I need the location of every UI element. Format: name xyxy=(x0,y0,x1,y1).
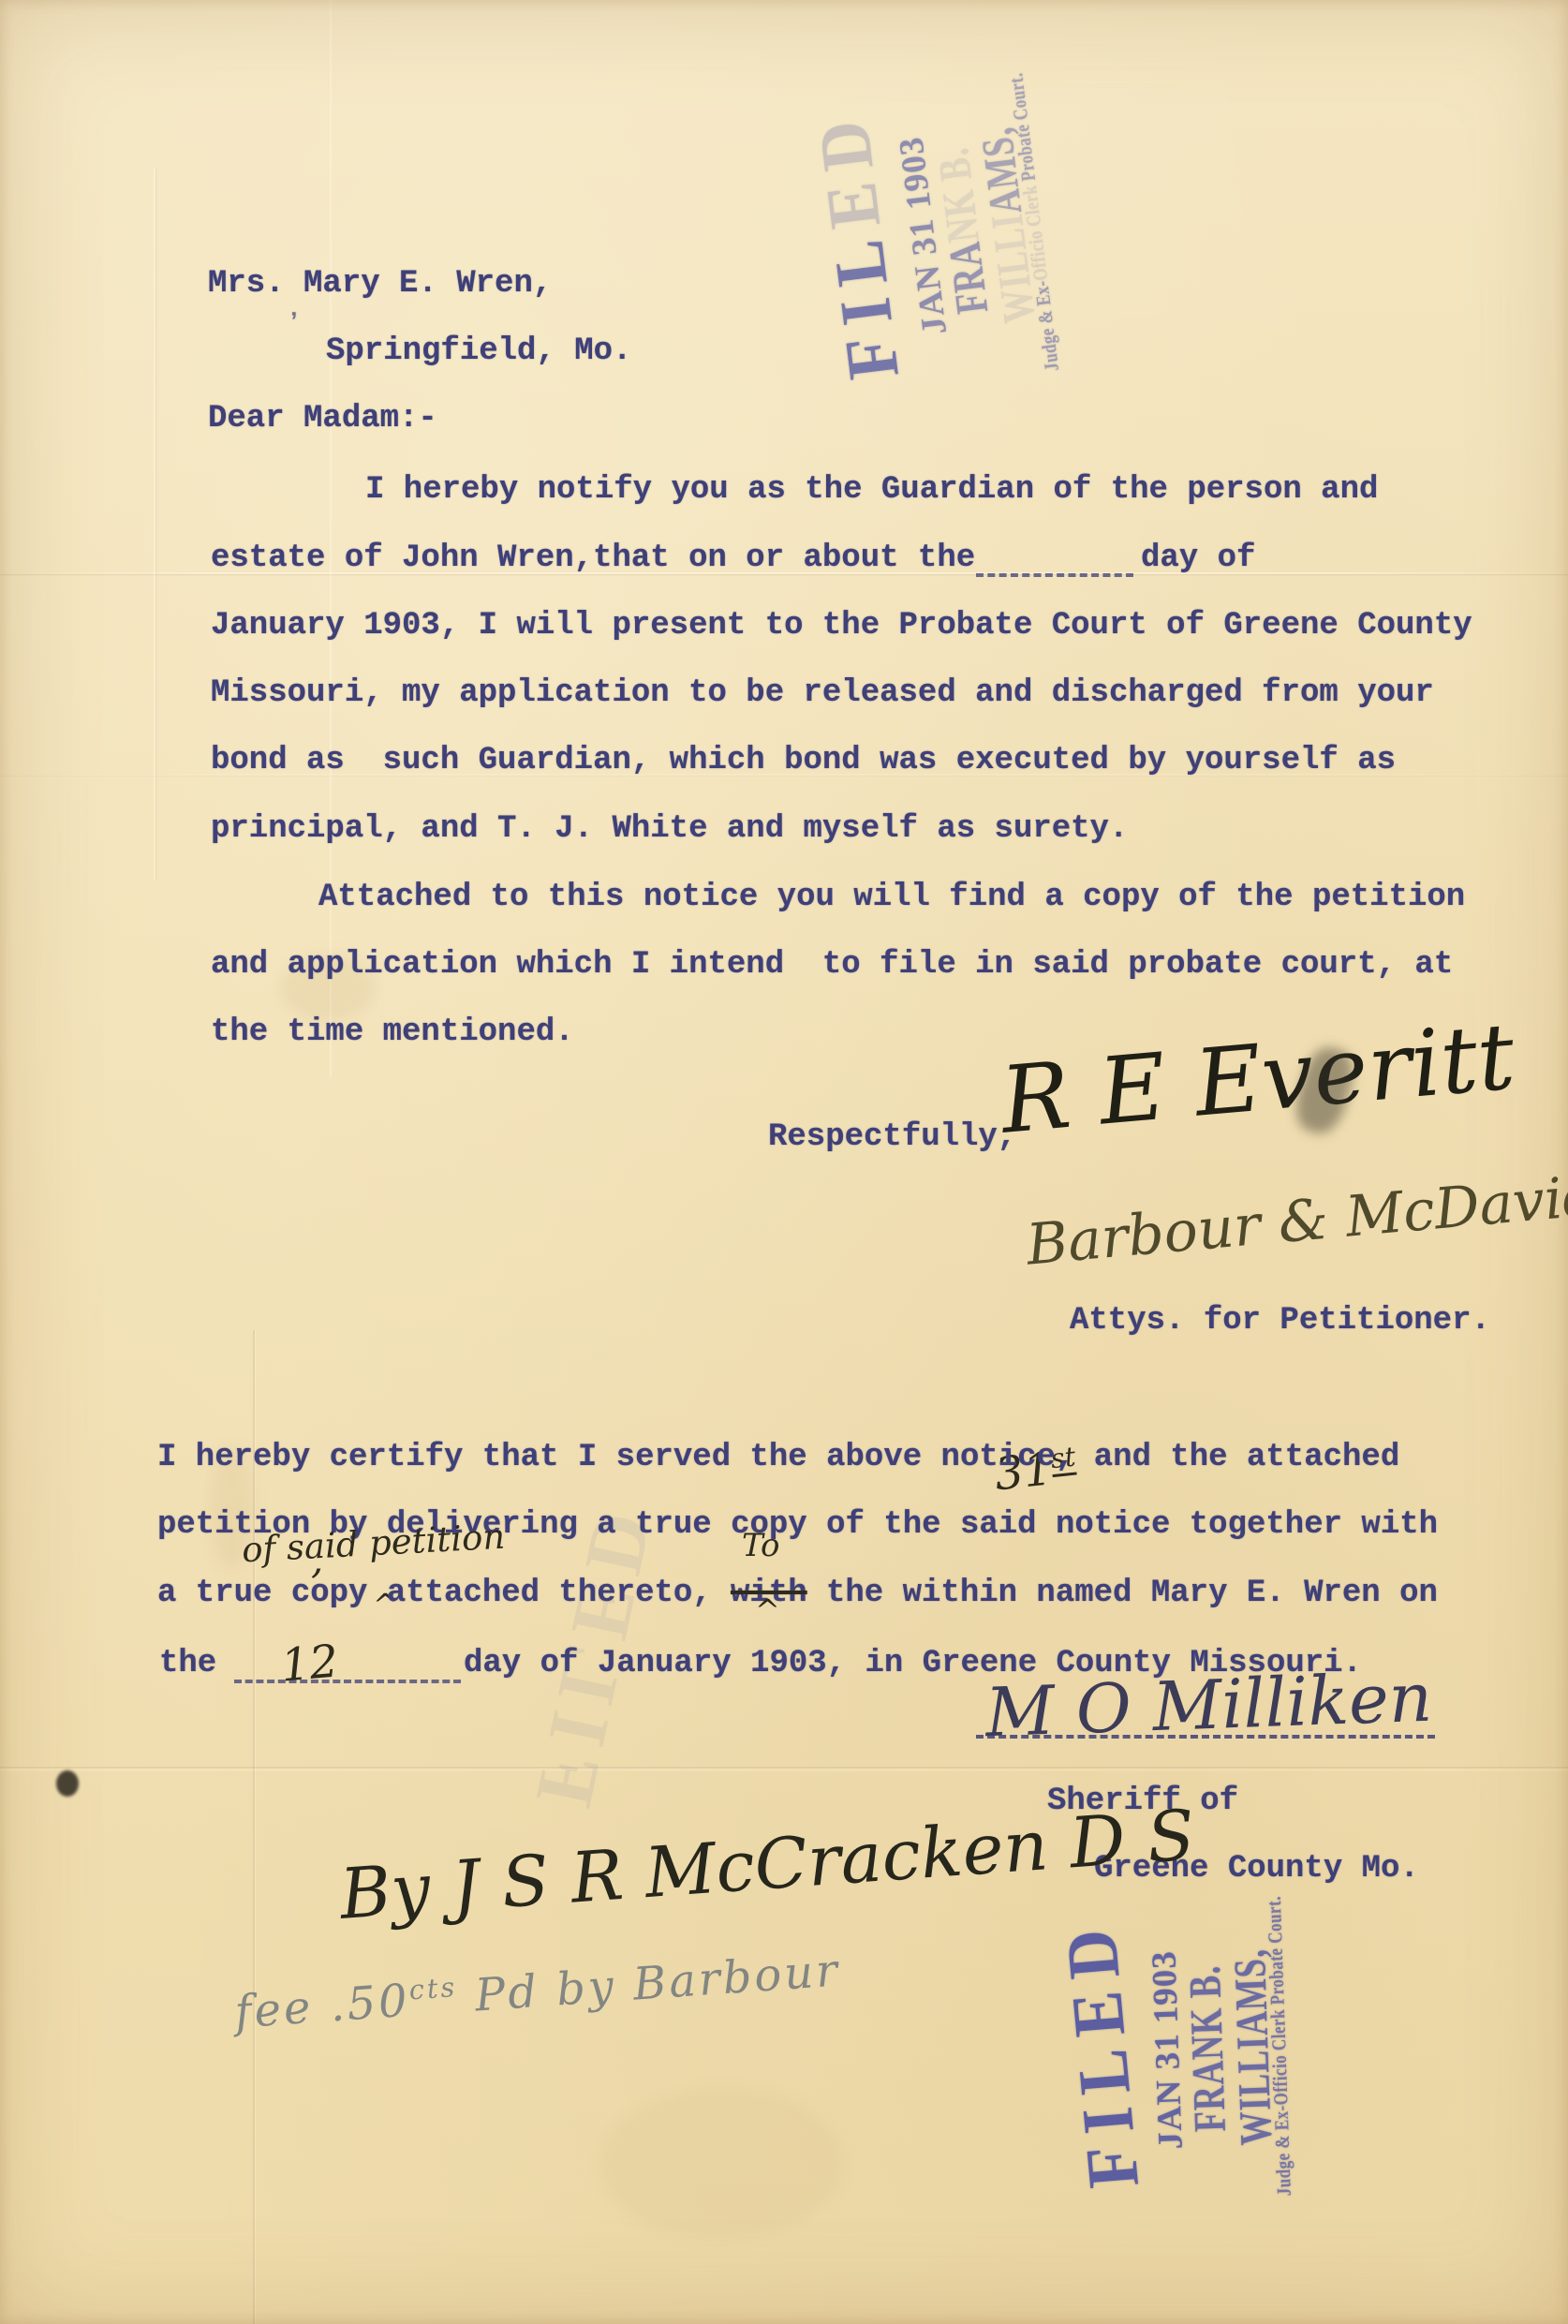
body-para1-line6: principal, and T. J. White and myself as… xyxy=(211,812,1128,847)
fold-crease-horizontal-lower xyxy=(0,1767,1568,1769)
filed-stamp-bottom-title: Judge & Ex-Officio Clerk Probate Court. xyxy=(1263,1868,1294,2225)
filed-stamp-top-title: Judge & Ex-Officio Clerk Probate Court. xyxy=(1002,44,1065,400)
paper-stain xyxy=(599,2089,843,2239)
body-para1-line4: Missouri, my application to be released … xyxy=(211,676,1434,711)
attorneys-title: Attys. for Petitioner. xyxy=(1070,1304,1490,1339)
body-para1-line2-pre: estate of John Wren,that on or about the xyxy=(211,541,975,576)
body-para1-line3: January 1903, I will present to the Prob… xyxy=(211,609,1472,644)
fold-crease-vertical-faint xyxy=(330,0,332,1077)
filed-stamp-top-date: JAN 31 1903 xyxy=(884,57,962,415)
day-blank-underline xyxy=(976,573,1133,577)
salutation: Dear Madam:- xyxy=(208,402,437,437)
body-para1-line5: bond as such Guardian, which bond was ex… xyxy=(211,744,1396,778)
cert-line3-post: the within named Mary E. Wren on xyxy=(826,1576,1438,1611)
cert-line1: I hereby certify that I served the above… xyxy=(157,1441,1399,1475)
filed-stamp-top-word: FILED xyxy=(800,63,915,425)
body-para2-line3: the time mentioned. xyxy=(211,1015,574,1050)
filed-stamp-bottom-name: FRANK B. WILLIAMS, xyxy=(1178,1869,1281,2228)
fee-note: fee .50cts Pd by Barbour xyxy=(233,1944,842,2038)
address-line2: Springfield, Mo. xyxy=(326,334,631,369)
body-para1-line1: I hereby notify you as the Guardian of t… xyxy=(365,473,1378,508)
filed-stamp-top: FILED JAN 31 1903 FRANK B. WILLIAMS, Jud… xyxy=(803,44,1066,424)
deputy-signature: By J S R McCracken D S xyxy=(337,1795,1197,1935)
body-para1-line2-post: day of xyxy=(1141,541,1255,576)
filed-stamp-bottom-word: FILED xyxy=(1049,1872,1154,2232)
stray-mark: ʼ xyxy=(287,309,302,336)
filed-stamp-bottom-date: JAN 31 1903 xyxy=(1144,1872,1191,2228)
attorneys-signature: Barbour & McDavid xyxy=(1024,1162,1568,1278)
ink-blot xyxy=(56,1770,79,1797)
closing: Respectfully, xyxy=(768,1120,1016,1155)
handwritten-day-12: 12 xyxy=(279,1635,341,1692)
sheriff-signature-underline xyxy=(976,1735,1435,1739)
fold-crease-vertical-lower xyxy=(253,1330,255,2324)
correction-caret: ^ xyxy=(755,1592,780,1628)
fold-crease-vertical-left xyxy=(154,169,155,881)
petitioner-signature: R E Everitt xyxy=(997,1003,1518,1154)
served-day-underline xyxy=(234,1680,461,1683)
cert-line4-pre: the xyxy=(159,1647,216,1681)
filed-stamp-top-name: FRANK B. WILLIAMS, xyxy=(918,46,1052,410)
filed-stamp-bottom: FILED JAN 31 1903 FRANK B. WILLIAMS, Jud… xyxy=(1061,1868,1294,2231)
document-page: FILED FILED JAN 31 1903 FRANK B. WILLIAM… xyxy=(0,0,1568,2324)
body-para2-line2: and application which I intend to file i… xyxy=(211,948,1453,983)
address-line1: Mrs. Mary E. Wren, xyxy=(208,267,552,302)
correction-to: To xyxy=(742,1527,780,1564)
cert-line3-pre: a true copy attached thereto, xyxy=(157,1576,712,1611)
body-para2-line1: Attached to this notice you will find a … xyxy=(318,881,1465,915)
